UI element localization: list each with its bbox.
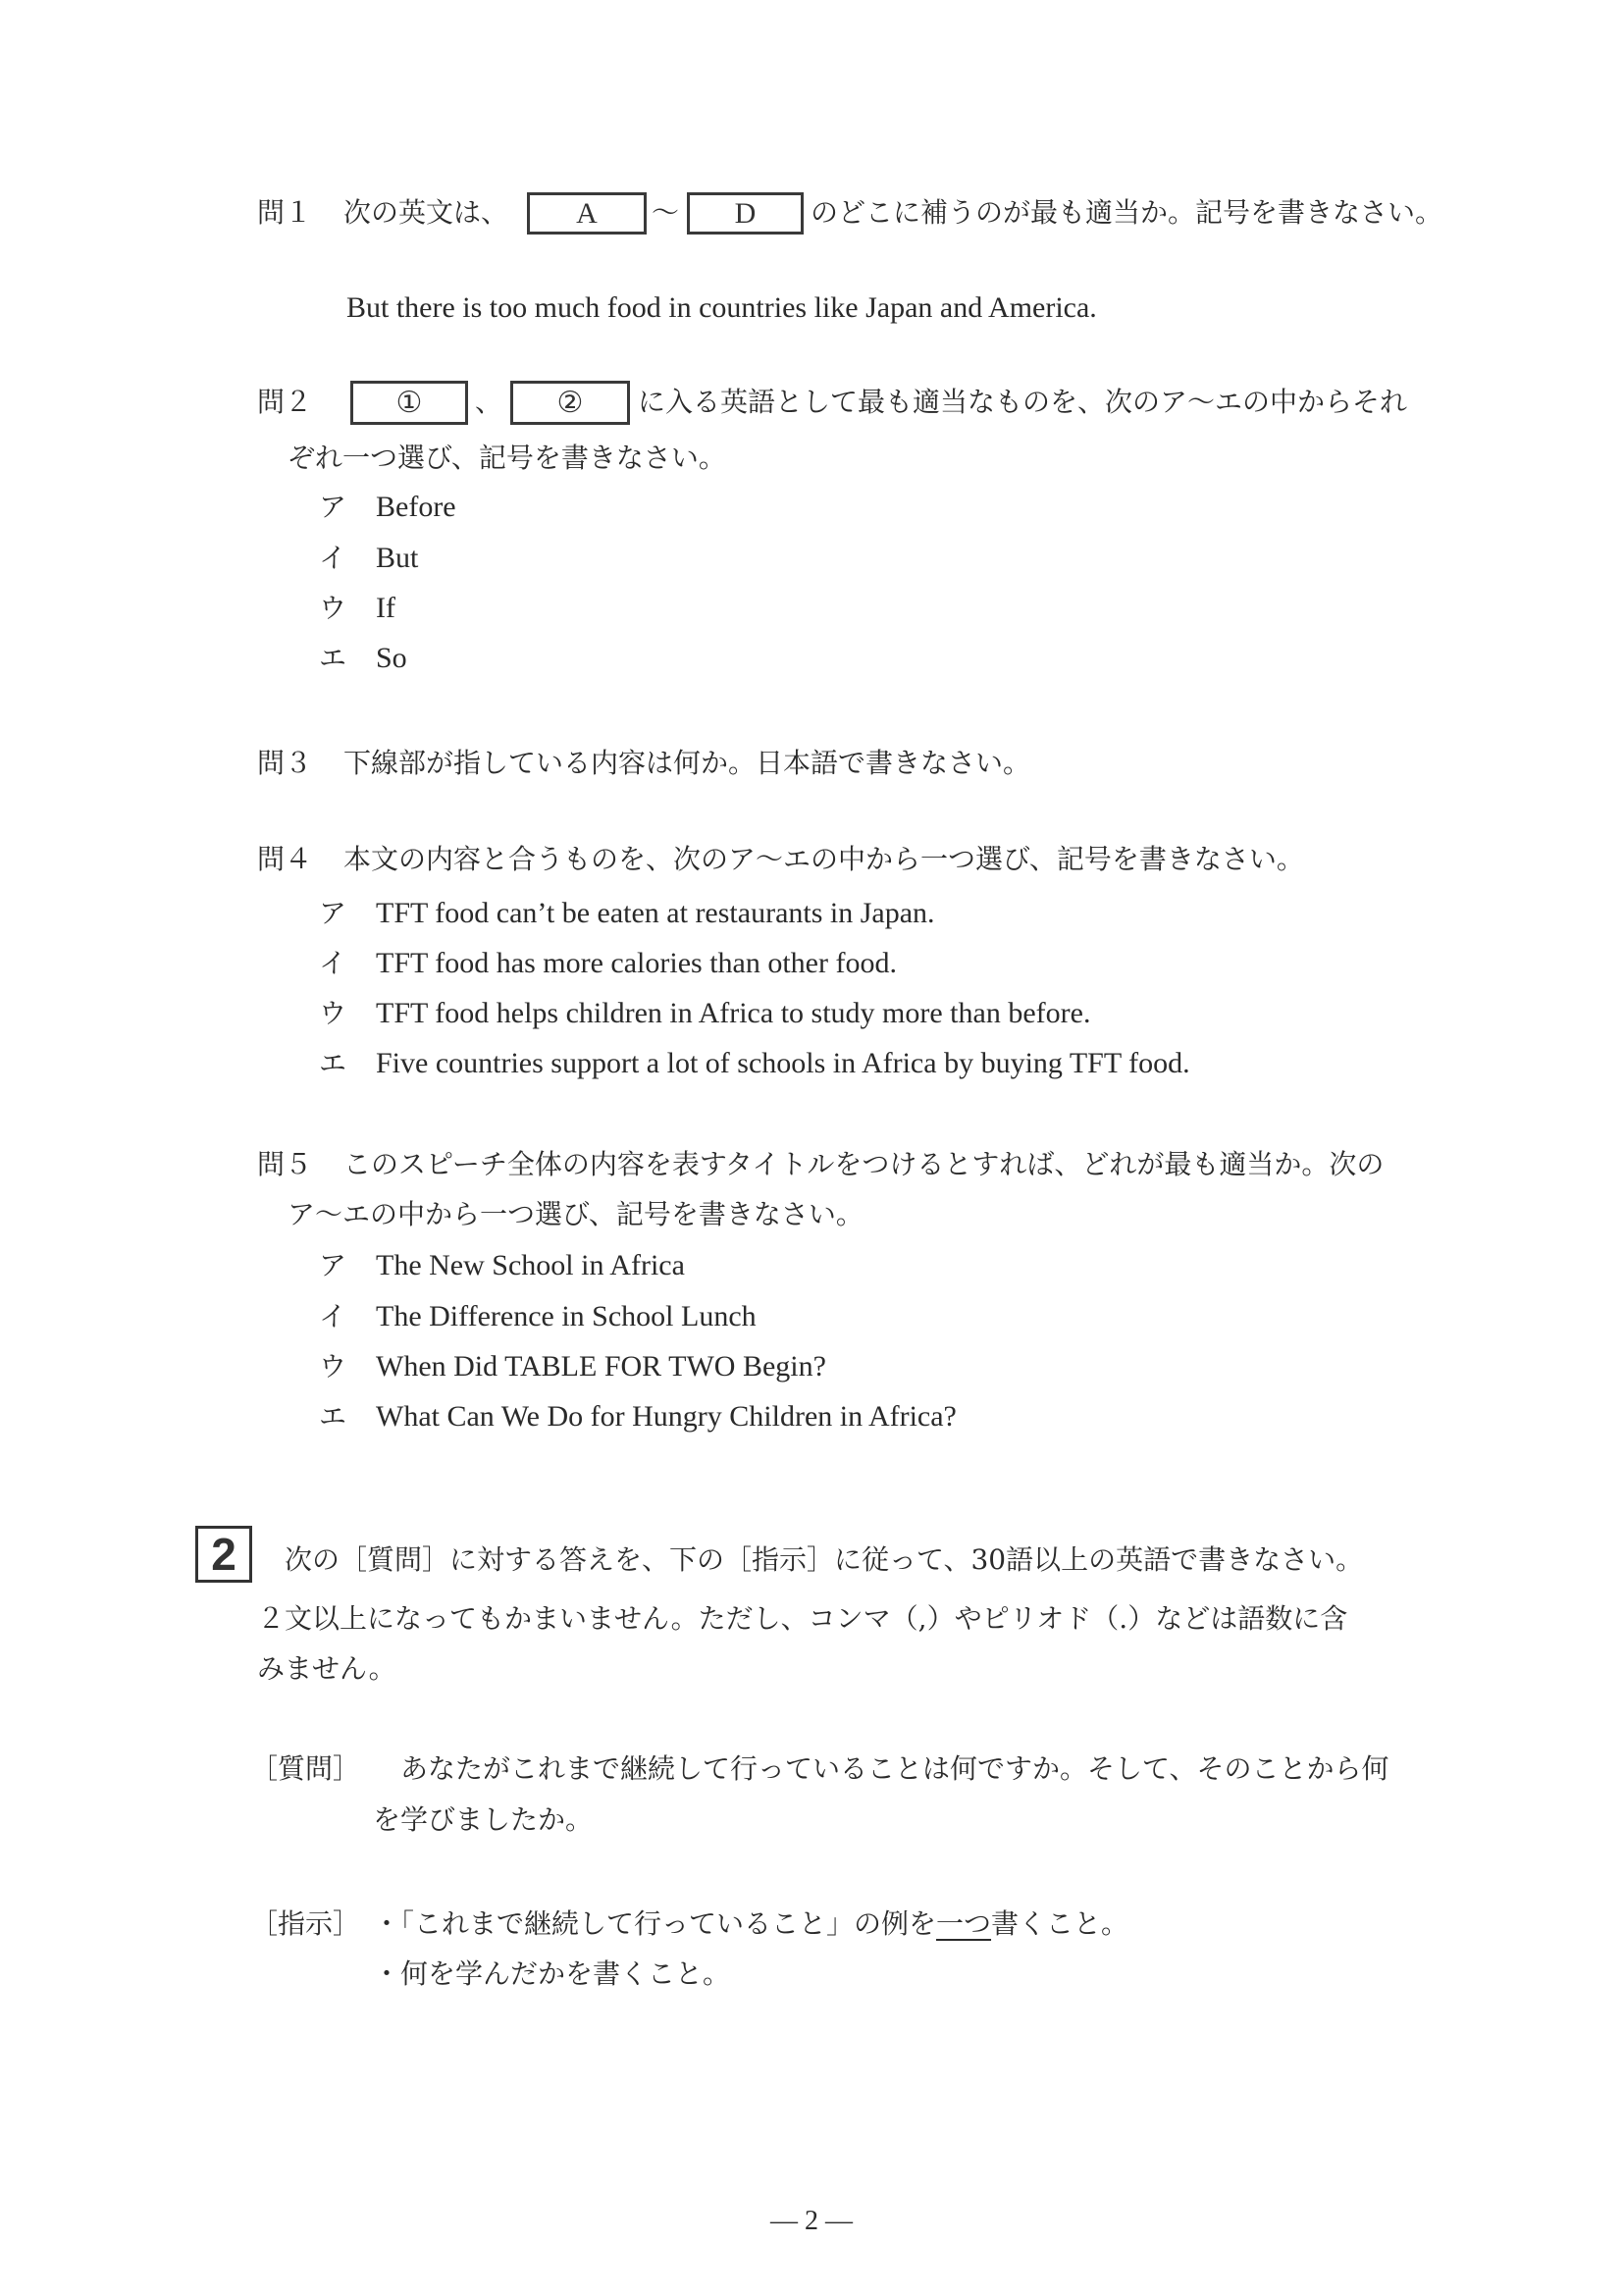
option-mark: ア <box>319 488 376 527</box>
page-number: — 2 — <box>0 2202 1623 2241</box>
option-mark: ア <box>319 894 376 933</box>
q2-option-c: ウIf <box>319 589 395 628</box>
instruction-1-before: ・「これまで継続して行っていること」の例を <box>373 1907 936 1940</box>
option-mark: ア <box>319 1246 376 1285</box>
option-mark: イ <box>319 1297 376 1336</box>
option-text: But <box>376 542 418 574</box>
q3-line: 問３下線部が指している内容は何か。日本語で書きなさい。 <box>257 744 1030 783</box>
q3-label: 問３ <box>257 744 316 783</box>
option-mark: ウ <box>319 994 376 1033</box>
q5-option-c: ウWhen Did TABLE FOR TWO Begin? <box>319 1347 826 1386</box>
q4-line: 問４本文の内容と合うものを、次のア〜エの中から一つ選び、記号を書きなさい。 <box>257 840 1304 879</box>
option-mark: エ <box>319 1044 376 1083</box>
option-text: The Difference in School Lunch <box>376 1300 757 1332</box>
q5-text: このスピーチ全体の内容を表すタイトルをつけるとすれば、どれが最も適当か。次の <box>343 1148 1384 1180</box>
section2-line1: 次の［質問］に対する答えを、下の［指示］に従って、30語以上の英語で書きなさい。 <box>285 1540 1363 1580</box>
q5-option-a: アThe New School in Africa <box>319 1246 685 1285</box>
blank-box-a: A <box>527 192 647 235</box>
q4-option-d: エFive countries support a lot of schools… <box>319 1044 1190 1083</box>
instruction-1-underlined: 一つ <box>936 1907 991 1940</box>
option-text: What Can We Do for Hungry Children in Af… <box>376 1400 957 1433</box>
option-mark: エ <box>319 639 376 678</box>
q2-label: 問２ <box>257 383 312 422</box>
q5-option-b: イThe Difference in School Lunch <box>319 1297 757 1336</box>
q1-text-after: のどこに補うのが最も適当か。記号を書きなさい。 <box>811 193 1442 233</box>
q1-label: 問１ <box>257 193 316 233</box>
section-number-box: 2 <box>195 1526 252 1583</box>
option-mark: イ <box>319 539 376 578</box>
q4-option-b: イTFT food has more calories than other f… <box>319 944 897 983</box>
blank-box-d: D <box>687 192 804 235</box>
blank-box-1: ① <box>350 381 468 425</box>
q2-option-a: アBefore <box>319 488 456 527</box>
q2-text-after: に入る英語として最も適当なものを、次のア〜エの中からそれ <box>638 383 1407 422</box>
blank-box-2: ② <box>510 381 630 425</box>
question-label: ［質問］ <box>250 1749 360 1789</box>
q4-text: 本文の内容と合うものを、次のア〜エの中から一つ選び、記号を書きなさい。 <box>343 843 1304 875</box>
option-text: Five countries support a lot of schools … <box>376 1047 1190 1079</box>
option-text: TFT food has more calories than other fo… <box>376 947 897 979</box>
question-line1: あなたがこれまで継続して行っていることは何ですか。そして、そのことから何 <box>400 1749 1388 1789</box>
instruction-1-after: 書くこと。 <box>991 1907 1128 1940</box>
q1-tilde: 〜 <box>652 193 679 233</box>
option-mark: エ <box>319 1397 376 1436</box>
option-mark: ウ <box>319 589 376 628</box>
q1-text-before: 次の英文は、 <box>343 196 508 229</box>
q4-option-c: ウTFT food helps children in Africa to st… <box>319 994 1090 1033</box>
question-line2: を学びましたか。 <box>373 1800 593 1840</box>
option-text: TFT food helps children in Africa to stu… <box>376 997 1090 1029</box>
q3-text: 下線部が指している内容は何か。日本語で書きなさい。 <box>343 747 1030 779</box>
option-text: The New School in Africa <box>376 1249 685 1281</box>
q5-line: 問５このスピーチ全体の内容を表すタイトルをつけるとすれば、どれが最も適当か。次の <box>257 1145 1384 1184</box>
q5-text-line2: ア〜エの中から一つ選び、記号を書きなさい。 <box>288 1195 864 1234</box>
q2-comma: 、 <box>475 383 502 422</box>
q2-text-line2: ぞれ一つ選び、記号を書きなさい。 <box>288 439 726 478</box>
q2-option-d: エSo <box>319 639 407 678</box>
option-text: When Did TABLE FOR TWO Begin? <box>376 1350 826 1383</box>
option-text: Before <box>376 491 456 523</box>
q4-option-a: アTFT food can’t be eaten at restaurants … <box>319 894 935 933</box>
instruction-2: ・何を学んだかを書くこと。 <box>373 1955 730 1994</box>
instruction-1: ・「これまで継続して行っていること」の例を一つ書くこと。 <box>373 1905 1128 1944</box>
q2-option-b: イBut <box>319 539 418 578</box>
instruction-label: ［指示］ <box>250 1905 360 1944</box>
q1-line: 問１次の英文は、 <box>257 193 508 233</box>
q5-option-d: エWhat Can We Do for Hungry Children in A… <box>319 1397 957 1436</box>
section2-line3: みません。 <box>257 1649 396 1689</box>
option-mark: ウ <box>319 1347 376 1386</box>
option-text: So <box>376 642 407 674</box>
option-mark: イ <box>319 944 376 983</box>
option-text: TFT food can’t be eaten at restaurants i… <box>376 897 935 929</box>
q5-label: 問５ <box>257 1145 316 1184</box>
option-text: If <box>376 592 395 624</box>
q1-sentence: But there is too much food in countries … <box>346 288 1097 328</box>
section2-line2: ２文以上になってもかまいません。ただし、コンマ（,）やピリオド（.）などは語数に… <box>257 1599 1347 1639</box>
q4-label: 問４ <box>257 840 316 879</box>
